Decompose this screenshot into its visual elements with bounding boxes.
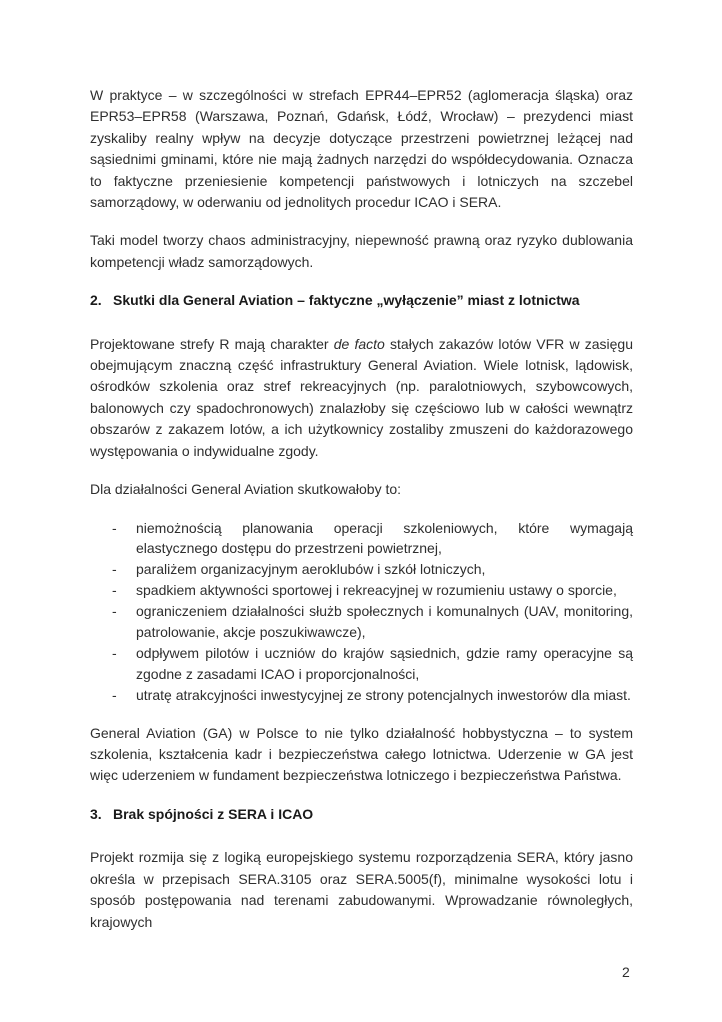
- section-heading-3: 3. Brak spójności z SERA i ICAO: [90, 804, 633, 825]
- bullet-dash-marker: -: [112, 580, 117, 601]
- bullet-item-investment-attractiveness-loss: - utratę atrakcyjności inwestycyjnej ze …: [90, 685, 633, 706]
- bullet-item-sport-activity-decline: - spadkiem aktywności sportowej i rekrea…: [90, 580, 633, 601]
- paragraph-sera-inconsistency: Projekt rozmija się z logiką europejskie…: [90, 847, 633, 933]
- bullet-item-text: paraliżem organizacyjnym aeroklubów i sz…: [136, 561, 485, 577]
- bullet-dash-marker: -: [112, 643, 117, 664]
- paragraph-epr-zones-practice: W praktyce – w szczególności w strefach …: [90, 85, 633, 213]
- paragraph-ga-consequences-lead: Dla działalności General Aviation skutko…: [90, 479, 633, 500]
- bullet-dash-marker: -: [112, 559, 117, 580]
- section-heading-2-title: Skutki dla General Aviation – faktyczne …: [113, 290, 633, 311]
- bullet-item-text: ograniczeniem działalności służb społecz…: [136, 603, 633, 640]
- paragraph-r-zones-effects-text-before: Projektowane strefy R mają charakter: [90, 336, 334, 352]
- document-content: W praktyce – w szczególności w strefach …: [90, 85, 633, 950]
- bullet-dash-marker: -: [112, 518, 117, 539]
- bullet-list-ga-consequences: - niemożnością planowania operacji szkol…: [90, 518, 633, 706]
- bullet-item-text: spadkiem aktywności sportowej i rekreacy…: [136, 582, 617, 598]
- bullet-item-public-services-limits: - ograniczeniem działalności służb społe…: [90, 601, 633, 643]
- paragraph-administrative-chaos: Taki model tworzy chaos administracyjny,…: [90, 230, 633, 273]
- page-number: 2: [622, 962, 630, 982]
- paragraph-r-zones-effects: Projektowane strefy R mają charakter de …: [90, 334, 633, 462]
- paragraph-r-zones-effects-italic-phrase: de facto: [334, 336, 385, 352]
- section-heading-3-number: 3.: [90, 804, 113, 825]
- bullet-dash-marker: -: [112, 685, 117, 706]
- bullet-item-aeroclub-paralysis: - paraliżem organizacyjnym aeroklubów i …: [90, 559, 633, 580]
- bullet-dash-marker: -: [112, 601, 117, 622]
- bullet-item-pilot-outflow: - odpływem pilotów i uczniów do krajów s…: [90, 643, 633, 685]
- section-heading-3-title: Brak spójności z SERA i ICAO: [113, 804, 633, 825]
- bullet-item-text: niemożnością planowania operacji szkolen…: [136, 520, 633, 557]
- bullet-item-training-operations: - niemożnością planowania operacji szkol…: [90, 518, 633, 560]
- paragraph-ga-state-security: General Aviation (GA) w Polsce to nie ty…: [90, 723, 633, 787]
- bullet-item-text: utratę atrakcyjności inwestycyjnej ze st…: [136, 687, 631, 703]
- paragraph-r-zones-effects-text-after: stałych zakazów lotów VFR w zasięgu obej…: [90, 336, 633, 459]
- document-page: W praktyce – w szczególności w strefach …: [0, 0, 722, 1022]
- section-heading-2: 2. Skutki dla General Aviation – faktycz…: [90, 290, 633, 311]
- bullet-item-text: odpływem pilotów i uczniów do krajów sąs…: [136, 645, 633, 682]
- section-heading-2-number: 2.: [90, 290, 113, 311]
